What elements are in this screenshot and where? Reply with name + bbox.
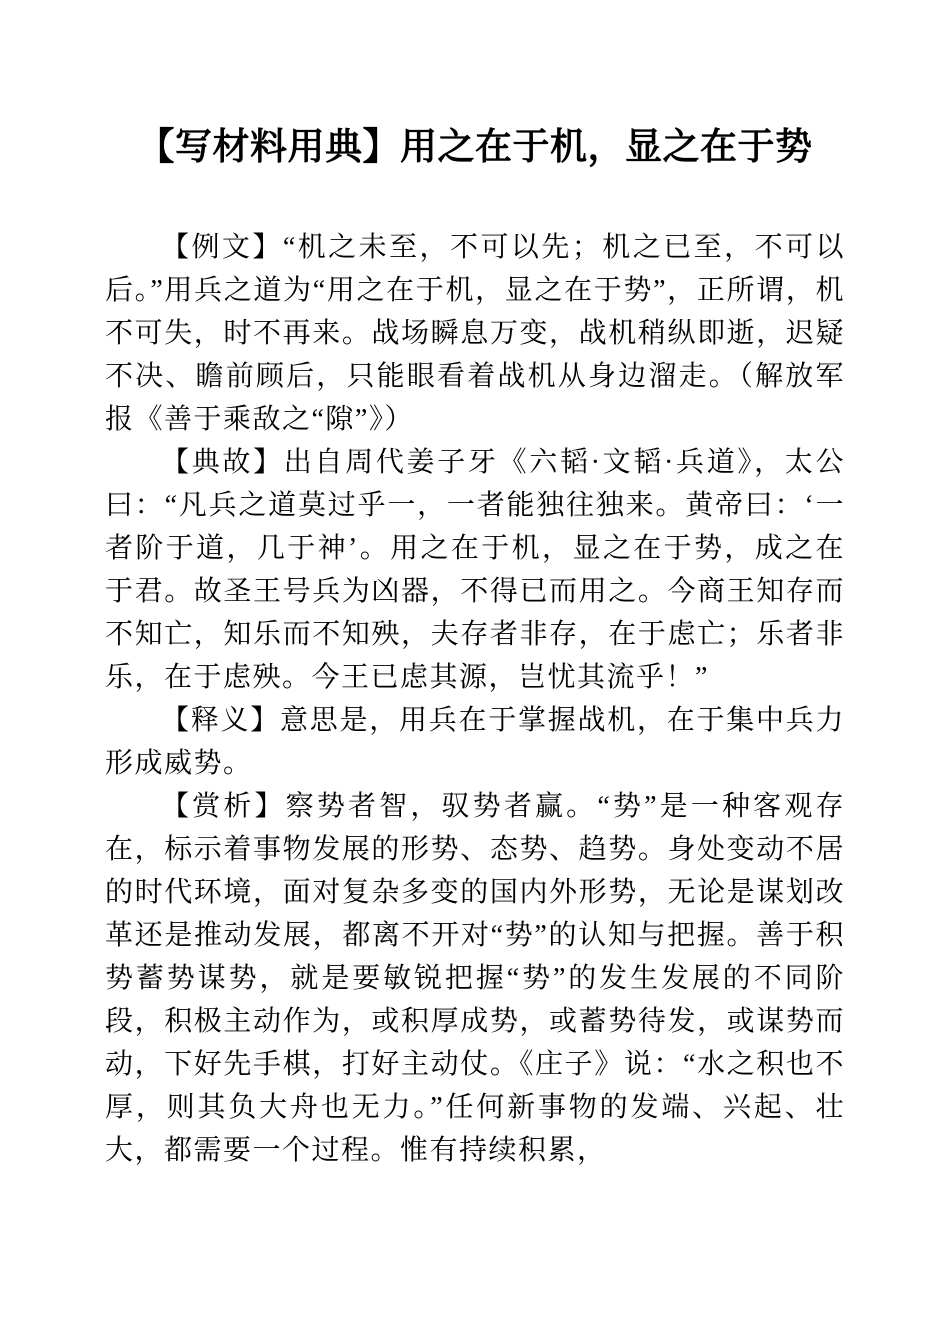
paragraph-liwen: 【例文】“机之未至，不可以先；机之已至，不可以后。”用兵之道为“用之在于机，显之…	[105, 226, 845, 441]
paragraph-text-diangu: 出自周代姜子牙《六韬·文韬·兵道》，太公曰：“凡兵之道莫过乎一，一者能独往独来。…	[105, 447, 845, 693]
paragraph-diangu: 【典故】出自周代姜子牙《六韬·文韬·兵道》，太公曰：“凡兵之道莫过乎一，一者能独…	[105, 441, 845, 699]
document-title: 【写材料用典】用之在于机，显之在于势	[105, 122, 845, 174]
paragraph-label-diangu: 【典故】	[161, 447, 284, 478]
paragraph-label-shiyi: 【释义】	[161, 705, 280, 736]
document-page: 【写材料用典】用之在于机，显之在于势 【例文】“机之未至，不可以先；机之已至，不…	[0, 0, 950, 1344]
paragraph-shangxi: 【赏析】察势者智，驭势者赢。“势”是一种客观存在，标示着事物发展的形势、态势、趋…	[105, 785, 845, 1172]
paragraph-shiyi: 【释义】意思是，用兵在于掌握战机，在于集中兵力形成威势。	[105, 699, 845, 785]
paragraph-label-liwen: 【例文】	[161, 232, 283, 263]
paragraph-text-shangxi: 察势者智，驭势者赢。“势”是一种客观存在，标示着事物发展的形势、态势、趋势。身处…	[105, 791, 845, 1166]
paragraph-label-shangxi: 【赏析】	[161, 791, 286, 822]
